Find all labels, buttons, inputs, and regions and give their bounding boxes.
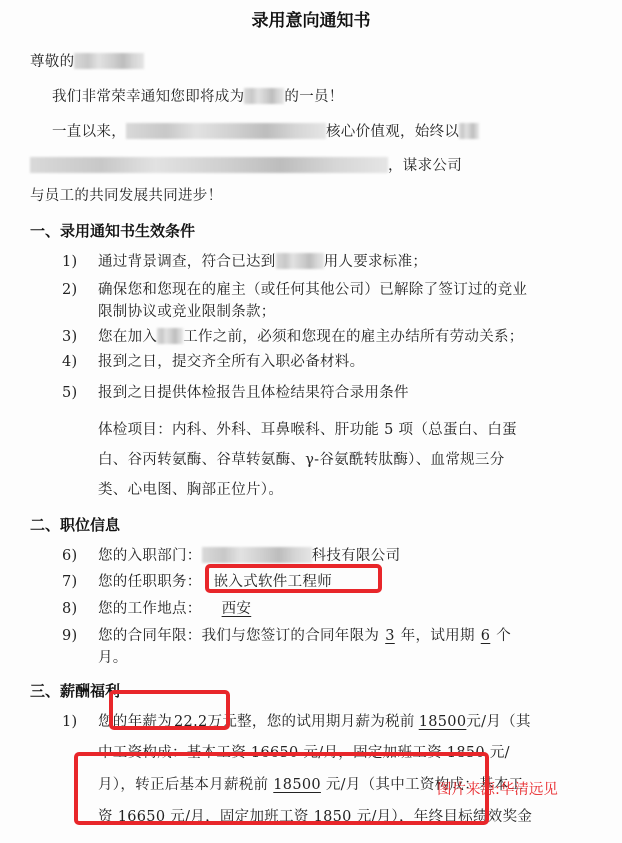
intro-paragraph-2-cont: ，谋求公司 [30,156,462,176]
redacted-text [30,157,388,173]
redacted-text [126,123,326,139]
redacted-company [202,547,312,563]
redacted-text [459,123,479,139]
exam-items-line-3: 类、心电图、胸部正位片）。 [98,480,283,500]
position-item-location: 8)您的工作地点：西安 [62,599,251,619]
condition-item-3: 3)您在加入工作之前，必须和您现在的雇主办结所有劳动关系； [62,327,524,347]
intro-paragraph-2-end: 与员工的共同发展共同进步！ [30,186,222,206]
highlight-box-regular-salary [74,752,489,825]
condition-item-2: 2)确保您和您现在的雇主（或任何其他公司）已解除了签订过的竞业 [62,280,527,300]
intro-paragraph-1: 我们非常荣幸通知您即将成为的一员！ [52,87,344,107]
redacted-company [244,88,284,104]
offer-letter-page: 录用意向通知书 尊敬的 我们非常荣幸通知您即将成为的一员！ 一直以来，核心价值观… [0,0,622,843]
highlight-box-job-title [205,564,382,593]
redacted-company [157,328,183,344]
highlight-box-annual-salary [109,690,230,730]
condition-item-5: 5)报到之日提供体检报告且体检结果符合录用条件 [62,383,409,403]
probation-months: 6 [475,628,497,644]
exam-items-line-2: 白、谷丙转氨酶、谷草转氨酶、γ-谷氨酰转肽酶）、血常规三分 [98,450,505,470]
probation-monthly-salary: 18500 [415,714,467,730]
location-value: 西安 [202,601,252,617]
document-title: 录用意向通知书 [0,6,622,31]
redacted-text [276,253,324,269]
contract-years: 3 [379,628,401,644]
condition-item-2-cont: 限制协议或竞业限制条款； [98,302,276,322]
redacted-name [74,53,144,69]
section-heading-conditions: 一、录用通知书生效条件 [30,220,195,241]
section-heading-compensation: 三、薪酬福利 [30,680,120,701]
section-heading-position: 二、职位信息 [30,514,120,535]
exam-items-line-1: 体检项目：内科、外科、耳鼻喉科、肝功能 5 项（总蛋白、白蛋 [98,420,517,440]
condition-item-1: 1)通过背景调查，符合已达到用人要求标准； [62,252,427,272]
position-item-contract: 9)您的合同年限：我们与您签订的合同年限为3年，试用期6个 [62,626,511,646]
condition-item-4: 4)报到之日，提交齐全所有入职必备材料。 [62,352,364,372]
position-item-contract-cont: 月。 [98,648,128,668]
intro-paragraph-2: 一直以来，核心价值观，始终以 [52,122,479,142]
image-source-watermark: 图片来源:华清远见 [437,778,558,799]
salutation: 尊敬的 [30,52,144,72]
position-item-department: 6)您的入职部门：科技有限公司 [62,546,400,566]
